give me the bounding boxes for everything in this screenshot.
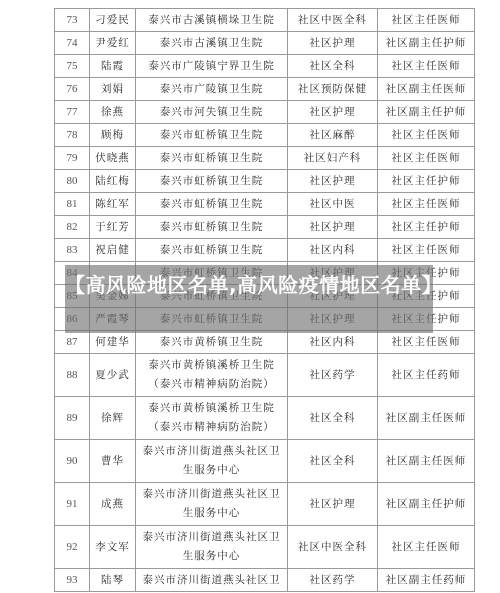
table-row: 80陆红梅泰兴市虹桥镇卫生院社区护理社区主任护师	[55, 170, 475, 193]
name-cell: 顾梅	[90, 124, 136, 147]
specialty-cell: 社区全科	[288, 397, 378, 440]
row-number-cell: 93	[55, 569, 90, 592]
organization-line: 生服务中心	[136, 461, 287, 480]
table-row: 79伏晓燕泰兴市虹桥镇卫生院社区妇产科社区主任医师	[55, 147, 475, 170]
specialty-cell: 社区全科	[288, 55, 378, 78]
organization-line: 泰兴市广陵镇卫生院	[136, 80, 287, 99]
table-row: 78顾梅泰兴市虹桥镇卫生院社区麻醉社区主任医师	[55, 124, 475, 147]
specialty-cell: 社区内科	[288, 331, 378, 354]
specialty-cell: 社区内科	[288, 239, 378, 262]
specialty-cell: 社区护理	[288, 216, 378, 239]
title-cell: 社区主任医师	[378, 239, 475, 262]
name-cell: 陆霞	[90, 55, 136, 78]
title-cell: 社区主任护师	[378, 170, 475, 193]
organization-cell: 泰兴市古溪镇横垛卫生院	[136, 9, 288, 32]
specialty-cell: 社区中医全科	[288, 526, 378, 569]
title-cell: 社区主任医师	[378, 331, 475, 354]
name-cell: 尹爱红	[90, 32, 136, 55]
row-number-cell: 88	[55, 354, 90, 397]
row-number-cell: 91	[55, 483, 90, 526]
specialty-cell: 社区预防保健	[288, 78, 378, 101]
table-row: 89徐辉泰兴市黄桥镇溪桥卫生院（泰兴市精神病防治院）社区全科社区副主任医师	[55, 397, 475, 440]
row-number-cell: 90	[55, 440, 90, 483]
title-cell: 社区副主任护师	[378, 32, 475, 55]
organization-line: 生服务中心	[136, 547, 287, 566]
organization-line: 泰兴市黄桥镇卫生院	[136, 333, 287, 352]
organization-cell: 泰兴市济川街道燕头社区卫生服务中心	[136, 440, 288, 483]
table-row: 91成燕泰兴市济川街道燕头社区卫生服务中心社区护理社区副主任护师	[55, 483, 475, 526]
organization-line: 泰兴市黄桥镇溪桥卫生院	[136, 356, 287, 375]
organization-line: （泰兴市精神病防治院）	[136, 375, 287, 394]
specialty-cell: 社区麻醉	[288, 124, 378, 147]
specialty-cell: 社区护理	[288, 32, 378, 55]
title-cell: 社区主任药师	[378, 354, 475, 397]
table-row: 93陆琴泰兴市济川街道燕头社区卫社区药学社区副主任药师	[55, 569, 475, 592]
title-cell: 社区主任医师	[378, 147, 475, 170]
table-row: 90曹华泰兴市济川街道燕头社区卫生服务中心社区全科社区副主任医师	[55, 440, 475, 483]
document-page: 73刁爱民泰兴市古溪镇横垛卫生院社区中医全科社区主任医师74尹爱红泰兴市古溪镇卫…	[0, 0, 500, 593]
row-number-cell: 77	[55, 101, 90, 124]
specialty-cell: 社区护理	[288, 483, 378, 526]
organization-cell: 泰兴市济川街道燕头社区卫生服务中心	[136, 526, 288, 569]
row-number-cell: 92	[55, 526, 90, 569]
organization-line: （泰兴市精神病防治院）	[136, 418, 287, 437]
name-cell: 伏晓燕	[90, 147, 136, 170]
row-number-cell: 81	[55, 193, 90, 216]
name-cell: 曹华	[90, 440, 136, 483]
headline-text: 【高风险地区名单,高风险疫情地区名单】	[65, 273, 442, 297]
row-number-cell: 87	[55, 331, 90, 354]
name-cell: 何建华	[90, 331, 136, 354]
title-cell: 社区副主任医师	[378, 78, 475, 101]
table-row: 74尹爱红泰兴市古溪镇卫生院社区护理社区副主任护师	[55, 32, 475, 55]
organization-cell: 泰兴市虹桥镇卫生院	[136, 216, 288, 239]
name-cell: 成燕	[90, 483, 136, 526]
name-cell: 夏少武	[90, 354, 136, 397]
row-number-cell: 76	[55, 78, 90, 101]
title-cell: 社区副主任医师	[378, 440, 475, 483]
title-cell: 社区主任医师	[378, 9, 475, 32]
organization-cell: 泰兴市广陵镇卫生院	[136, 78, 288, 101]
organization-line: 泰兴市古溪镇横垛卫生院	[136, 11, 287, 30]
organization-cell: 泰兴市河失镇卫生院	[136, 101, 288, 124]
row-number-cell: 82	[55, 216, 90, 239]
organization-line: 泰兴市虹桥镇卫生院	[136, 126, 287, 145]
row-number-cell: 83	[55, 239, 90, 262]
name-cell: 刘娟	[90, 78, 136, 101]
table-row: 75陆霞泰兴市广陵镇宁界卫生院社区全科社区主任医师	[55, 55, 475, 78]
organization-cell: 泰兴市黄桥镇溪桥卫生院（泰兴市精神病防治院）	[136, 354, 288, 397]
table-row: 76刘娟泰兴市广陵镇卫生院社区预防保健社区副主任医师	[55, 78, 475, 101]
table-row: 81陈红军泰兴市虹桥镇卫生院社区中医社区主任医师	[55, 193, 475, 216]
title-cell: 社区主任医师	[378, 526, 475, 569]
name-cell: 陈红军	[90, 193, 136, 216]
organization-cell: 泰兴市虹桥镇卫生院	[136, 239, 288, 262]
name-cell: 李文军	[90, 526, 136, 569]
row-number-cell: 89	[55, 397, 90, 440]
title-cell: 社区副主任护师	[378, 101, 475, 124]
specialty-cell: 社区中医全科	[288, 9, 378, 32]
specialty-cell: 社区护理	[288, 170, 378, 193]
organization-line: 泰兴市古溪镇卫生院	[136, 34, 287, 53]
organization-line: 泰兴市虹桥镇卫生院	[136, 172, 287, 191]
organization-line: 泰兴市河失镇卫生院	[136, 103, 287, 122]
organization-cell: 泰兴市济川街道燕头社区卫生服务中心	[136, 483, 288, 526]
specialty-cell: 社区药学	[288, 354, 378, 397]
title-cell: 社区副主任医师	[378, 397, 475, 440]
name-cell: 于红芳	[90, 216, 136, 239]
name-cell: 刁爱民	[90, 9, 136, 32]
organization-line: 泰兴市虹桥镇卫生院	[136, 149, 287, 168]
name-cell: 徐辉	[90, 397, 136, 440]
organization-line: 泰兴市虹桥镇卫生院	[136, 218, 287, 237]
organization-line: 泰兴市济川街道燕头社区卫	[136, 485, 287, 504]
organization-cell: 泰兴市黄桥镇卫生院	[136, 331, 288, 354]
row-number-cell: 73	[55, 9, 90, 32]
organization-line: 泰兴市虹桥镇卫生院	[136, 195, 287, 214]
table-row: 83祝启健泰兴市虹桥镇卫生院社区内科社区主任医师	[55, 239, 475, 262]
row-number-cell: 75	[55, 55, 90, 78]
organization-cell: 泰兴市虹桥镇卫生院	[136, 147, 288, 170]
title-cell: 社区主任护师	[378, 216, 475, 239]
organization-line: 泰兴市广陵镇宁界卫生院	[136, 57, 287, 76]
name-cell: 徐燕	[90, 101, 136, 124]
title-cell: 社区副主任药师	[378, 569, 475, 592]
organization-line: 泰兴市济川街道燕头社区卫	[136, 442, 287, 461]
table-row: 77徐燕泰兴市河失镇卫生院社区护理社区副主任护师	[55, 101, 475, 124]
organization-line: 泰兴市虹桥镇卫生院	[136, 241, 287, 260]
name-cell: 陆红梅	[90, 170, 136, 193]
specialty-cell: 社区药学	[288, 569, 378, 592]
row-number-cell: 80	[55, 170, 90, 193]
title-cell: 社区副主任护师	[378, 483, 475, 526]
table-row: 73刁爱民泰兴市古溪镇横垛卫生院社区中医全科社区主任医师	[55, 9, 475, 32]
organization-line: 生服务中心	[136, 504, 287, 523]
organization-cell: 泰兴市虹桥镇卫生院	[136, 193, 288, 216]
specialty-cell: 社区全科	[288, 440, 378, 483]
organization-cell: 泰兴市虹桥镇卫生院	[136, 170, 288, 193]
table-row: 92李文军泰兴市济川街道燕头社区卫生服务中心社区中医全科社区主任医师	[55, 526, 475, 569]
title-cell: 社区主任医师	[378, 193, 475, 216]
title-cell: 社区主任医师	[378, 124, 475, 147]
specialty-cell: 社区妇产科	[288, 147, 378, 170]
specialty-cell: 社区中医	[288, 193, 378, 216]
organization-line: 泰兴市黄桥镇溪桥卫生院	[136, 399, 287, 418]
row-number-cell: 78	[55, 124, 90, 147]
organization-cell: 泰兴市广陵镇宁界卫生院	[136, 55, 288, 78]
table-row: 88夏少武泰兴市黄桥镇溪桥卫生院（泰兴市精神病防治院）社区药学社区主任药师	[55, 354, 475, 397]
organization-cell: 泰兴市虹桥镇卫生院	[136, 124, 288, 147]
specialty-cell: 社区护理	[288, 101, 378, 124]
organization-line: 泰兴市济川街道燕头社区卫	[136, 528, 287, 547]
organization-cell: 泰兴市黄桥镇溪桥卫生院（泰兴市精神病防治院）	[136, 397, 288, 440]
organization-cell: 泰兴市古溪镇卫生院	[136, 32, 288, 55]
organization-line: 泰兴市济川街道燕头社区卫	[136, 571, 287, 590]
table-row: 82于红芳泰兴市虹桥镇卫生院社区护理社区主任护师	[55, 216, 475, 239]
headline-banner: 【高风险地区名单,高风险疫情地区名单】	[65, 265, 433, 333]
name-cell: 陆琴	[90, 569, 136, 592]
row-number-cell: 74	[55, 32, 90, 55]
table-row: 87何建华泰兴市黄桥镇卫生院社区内科社区主任医师	[55, 331, 475, 354]
title-cell: 社区主任医师	[378, 55, 475, 78]
row-number-cell: 79	[55, 147, 90, 170]
organization-cell: 泰兴市济川街道燕头社区卫	[136, 569, 288, 592]
name-cell: 祝启健	[90, 239, 136, 262]
